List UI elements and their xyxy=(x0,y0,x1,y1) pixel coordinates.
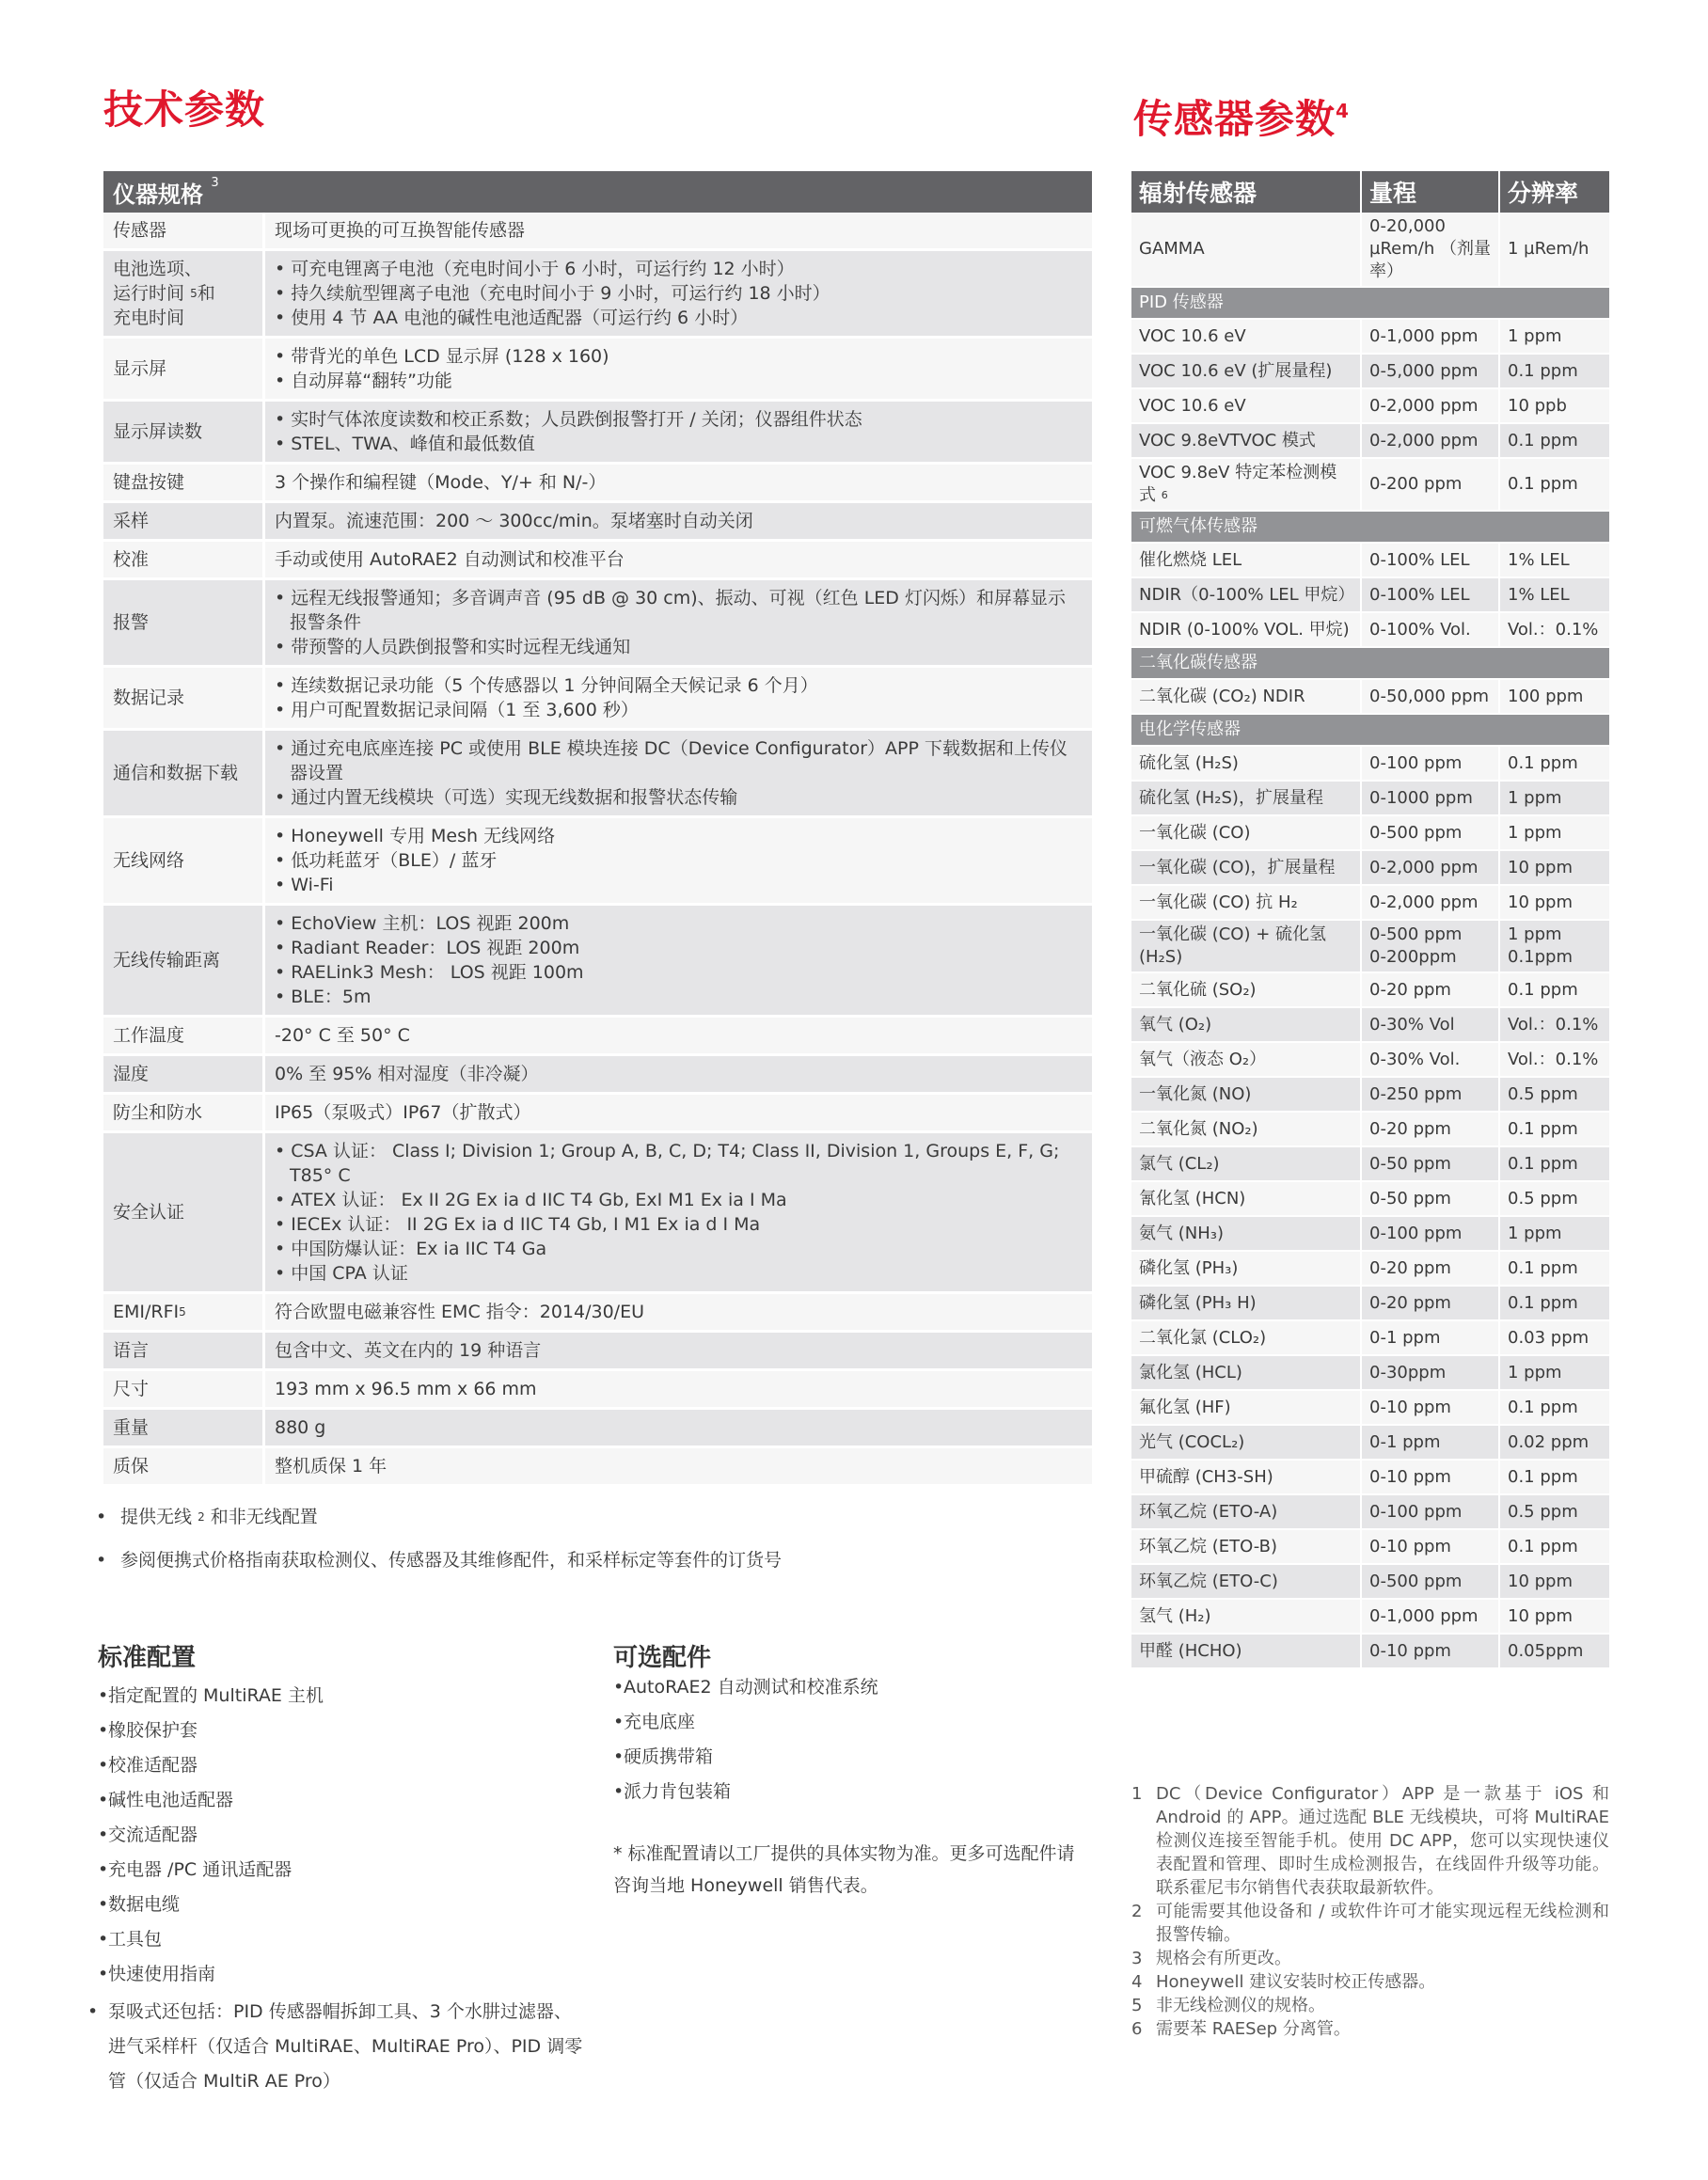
sensor-name: VOC 10.6 eV (扩展量程) xyxy=(1131,355,1362,389)
sensor-range: 0-100 ppm xyxy=(1362,1217,1500,1252)
sensor-row: NDIR（0-100% LEL 甲烷）0-100% LEL1% LEL xyxy=(1131,578,1609,613)
spec-row: 尺寸193 mm x 96.5 mm x 66 mm xyxy=(103,1371,1092,1410)
sensor-name: NDIR (0-100% VOL. 甲烷) xyxy=(1131,613,1362,648)
spec-bullet: 可充电锂离子电池（充电时间小于 6 小时，可运行约 12 小时） xyxy=(275,257,1083,281)
sensor-name: VOC 9.8eV 特定苯检测模式 6 xyxy=(1131,459,1362,512)
sensor-range: 0-500 ppm xyxy=(1362,816,1500,851)
spec-label: 电池选项、运行时间 5和充电时间 xyxy=(103,251,265,339)
sensor-resolution: 0.1 ppm xyxy=(1500,1530,1609,1565)
sensor-name: 环氧乙烷 (ETO-A) xyxy=(1131,1495,1362,1530)
spec-row: 重量880 g xyxy=(103,1410,1092,1448)
spec-row: 数据记录连续数据记录功能（5 个传感器以 1 分钟间隔全天候记录 6 个月）用户… xyxy=(103,668,1092,731)
sensor-row: 氟化氢 (HF)0-10 ppm0.1 ppm xyxy=(1131,1391,1609,1426)
sensor-name: 硫化氢 (H₂S) xyxy=(1131,747,1362,782)
sensor-row: 磷化氢 (PH₃ H)0-20 ppm0.1 ppm xyxy=(1131,1287,1609,1321)
spec-label: 防尘和防水 xyxy=(103,1095,265,1133)
spec-bullet: 自动屏幕“翻转”功能 xyxy=(275,369,1083,393)
spec-bullet: 持久续航型锂离子电池（充电时间小于 9 小时，可运行约 18 小时） xyxy=(275,281,1083,306)
sensor-range: 0-10 ppm xyxy=(1362,1391,1500,1426)
spec-label: 湿度 xyxy=(103,1056,265,1095)
standard-config-item: 指定配置的 MultiRAE 主机 xyxy=(98,1682,587,1716)
spec-label: 传感器 xyxy=(103,213,265,251)
sensor-resolution: 1% LEL xyxy=(1500,544,1609,578)
footnote-item: 6需要苯 RAESep 分离管。 xyxy=(1131,2017,1609,2041)
sensor-resolution: 0.1 ppm xyxy=(1500,1391,1609,1426)
spec-bullet: 使用 4 节 AA 电池的碱性电池适配器（可运行约 6 小时） xyxy=(275,306,1083,330)
standard-config-item: 工具包 xyxy=(98,1925,587,1960)
sensor-row: 环氧乙烷 (ETO-A)0-100 ppm0.5 ppm xyxy=(1131,1495,1609,1530)
spec-label: 键盘按键 xyxy=(103,465,265,503)
spec-bullet: EchoView 主机：LOS 视距 200m xyxy=(275,911,1083,936)
sensor-range: 0-200 ppm xyxy=(1362,459,1500,512)
sensor-name: 氧气（液态 O₂） xyxy=(1131,1043,1362,1078)
sensor-range: 0-500 ppm0-200ppm xyxy=(1362,921,1500,973)
sensor-row: 催化燃烧 LEL0-100% LEL1% LEL xyxy=(1131,544,1609,578)
sensor-resolution: 1 ppm xyxy=(1500,1217,1609,1252)
sensor-row: VOC 10.6 eV (扩展量程)0-5,000 ppm0.1 ppm xyxy=(1131,355,1609,389)
sensor-resolution: 0.1 ppm xyxy=(1500,1461,1609,1495)
note-item: 参阅便携式价格指南获取检测仪、传感器及其维修配件，和采样标定等套件的订货号 xyxy=(96,1546,782,1589)
spec-row: 键盘按键3 个操作和编程键（Mode、Y/+ 和 N/-） xyxy=(103,465,1092,503)
sensor-name: 一氧化碳 (CO)，扩展量程 xyxy=(1131,851,1362,886)
spec-bullet: 带背光的单色 LCD 显示屏 (128 x 160) xyxy=(275,344,1083,369)
footnote-item: 3规格会有所更改。 xyxy=(1131,1947,1609,1970)
sensor-name: 氢气 (H₂) xyxy=(1131,1600,1362,1635)
spec-value: 3 个操作和编程键（Mode、Y/+ 和 N/-） xyxy=(265,465,1092,503)
sensor-name: 一氧化碳 (CO) xyxy=(1131,816,1362,851)
spec-label: 工作温度 xyxy=(103,1018,265,1056)
spec-bullet: 低功耗蓝牙（BLE）/ 蓝牙 xyxy=(275,848,1083,873)
standard-config-item: 充电器 /PC 通讯适配器 xyxy=(98,1856,587,1890)
footnote-item: 4Honeywell 建议安装时校正传感器。 xyxy=(1131,1970,1609,1994)
sensor-range: 0-20 ppm xyxy=(1362,1113,1500,1147)
sensor-range: 0-20 ppm xyxy=(1362,1252,1500,1287)
sensor-range: 0-100 ppm xyxy=(1362,1495,1500,1530)
optional-accessories-title: 可选配件 xyxy=(613,1638,711,1673)
sensor-resolution: 0.1 ppm xyxy=(1500,1252,1609,1287)
sensor-range: 0-2,000 ppm xyxy=(1362,886,1500,921)
standard-config-title: 标准配置 xyxy=(98,1638,196,1673)
sensor-resolution: 10 ppm xyxy=(1500,1565,1609,1600)
spec-row: 无线网络Honeywell 专用 Mesh 无线网络低功耗蓝牙（BLE）/ 蓝牙… xyxy=(103,818,1092,906)
spec-row: 湿度0% 至 95% 相对湿度（非冷凝） xyxy=(103,1056,1092,1095)
sensor-name: 一氧化碳 (CO) + 硫化氢 (H₂S) xyxy=(1131,921,1362,973)
spec-label: 安全认证 xyxy=(103,1133,265,1294)
spec-label: 显示屏读数 xyxy=(103,402,265,465)
col-header-sensor: 辐射传感器 xyxy=(1131,171,1362,213)
sensor-row: 甲硫醇 (CH3-SH)0-10 ppm0.1 ppm xyxy=(1131,1461,1609,1495)
spec-value: Honeywell 专用 Mesh 无线网络低功耗蓝牙（BLE）/ 蓝牙Wi-F… xyxy=(265,818,1092,906)
sensor-range: 0-10 ppm xyxy=(1362,1461,1500,1495)
footnotes: 1DC（Device Configurator）APP 是一款基于 iOS 和 … xyxy=(1131,1782,1609,2041)
sensor-resolution: 0.5 ppm xyxy=(1500,1078,1609,1113)
sensor-name: 甲硫醇 (CH3-SH) xyxy=(1131,1461,1362,1495)
sensor-row: 氢气 (H₂)0-1,000 ppm10 ppm xyxy=(1131,1600,1609,1635)
sensor-category-label: 电化学传感器 xyxy=(1131,715,1609,747)
sensor-row: NDIR (0-100% VOL. 甲烷)0-100% Vol.Vol.：0.1… xyxy=(1131,613,1609,648)
spec-value: 手动或使用 AutoRAE2 自动测试和校准平台 xyxy=(265,542,1092,580)
spec-bullet: 通过充电底座连接 PC 或使用 BLE 模块连接 DC（Device Confi… xyxy=(275,736,1083,785)
spec-label: 尺寸 xyxy=(103,1371,265,1410)
spec-value: 通过充电底座连接 PC 或使用 BLE 模块连接 DC（Device Confi… xyxy=(265,731,1092,818)
sensor-range: 0-250 ppm xyxy=(1362,1078,1500,1113)
sensor-name: NDIR（0-100% LEL 甲烷） xyxy=(1131,578,1362,613)
sensor-range: 0-1,000 ppm xyxy=(1362,1600,1500,1635)
spec-row: 传感器现场可更换的可互换智能传感器 xyxy=(103,213,1092,251)
sensor-category-label: 可燃气体传感器 xyxy=(1131,512,1609,544)
sensor-row: 氨气 (NH₃)0-100 ppm1 ppm xyxy=(1131,1217,1609,1252)
sensor-resolution: 0.1 ppm xyxy=(1500,747,1609,782)
spec-bullet: 连续数据记录功能（5 个传感器以 1 分钟间隔全天候记录 6 个月） xyxy=(275,673,1083,698)
sensor-row: 氧气 (O₂)0-30% VolVol.：0.1% xyxy=(1131,1008,1609,1043)
standard-config-item: 泵吸式还包括：PID 传感器帽拆卸工具、3 个水肼过滤器、进气采样杆（仅适合 M… xyxy=(98,1995,587,2099)
spec-row: EMI/RFI5符合欧盟电磁兼容性 EMC 指令：2014/30/EU xyxy=(103,1294,1092,1333)
sensor-name: 氨气 (NH₃) xyxy=(1131,1217,1362,1252)
sensor-name: 甲醛 (HCHO) xyxy=(1131,1635,1362,1669)
spec-value: 实时气体浓度读数和校正系数；人员跌倒报警打开 / 关闭；仪器组件状态STEL、T… xyxy=(265,402,1092,465)
sensor-category-row: 二氧化碳传感器 xyxy=(1131,648,1609,680)
sensor-row: 硫化氢 (H₂S)0-100 ppm0.1 ppm xyxy=(1131,747,1609,782)
col-header-range: 量程 xyxy=(1362,171,1500,213)
sensor-resolution: 1 ppm xyxy=(1500,320,1609,355)
spec-label: 校准 xyxy=(103,542,265,580)
sensor-name: 二氧化氯 (CLO₂) xyxy=(1131,1321,1362,1356)
sensor-resolution: 1% LEL xyxy=(1500,578,1609,613)
sensor-name: 二氧化氮 (NO₂) xyxy=(1131,1113,1362,1147)
spec-bullet: 通过内置无线模块（可选）实现无线数据和报警状态传输 xyxy=(275,785,1083,810)
spec-value: 193 mm x 96.5 mm x 66 mm xyxy=(265,1371,1092,1410)
sensor-name: VOC 10.6 eV xyxy=(1131,389,1362,424)
spec-label: 通信和数据下载 xyxy=(103,731,265,818)
sensor-resolution: 1 ppm xyxy=(1500,816,1609,851)
spec-value: 整机质保 1 年 xyxy=(265,1448,1092,1487)
sensor-range: 0-50,000 ppm xyxy=(1362,680,1500,715)
sensor-resolution: 0.5 ppm xyxy=(1500,1495,1609,1530)
sensor-resolution: 100 ppm xyxy=(1500,680,1609,715)
sensor-resolution: 0.1 ppm xyxy=(1500,973,1609,1008)
sensor-row: 氧气（液态 O₂）0-30% Vol.Vol.：0.1% xyxy=(1131,1043,1609,1078)
spec-bullet: 带预警的人员跌倒报警和实时远程无线通知 xyxy=(275,635,1083,659)
sensor-category-row: PID 传感器 xyxy=(1131,288,1609,320)
sensor-range: 0-100% LEL xyxy=(1362,544,1500,578)
spec-value: 880 g xyxy=(265,1410,1092,1448)
spec-row: 报警远程无线报警通知；多音调声音 (95 dB @ 30 cm)、振动、可视（红… xyxy=(103,580,1092,668)
sensor-resolution: 0.1 ppm xyxy=(1500,1287,1609,1321)
sensor-row: 硫化氢 (H₂S)，扩展量程0-1000 ppm1 ppm xyxy=(1131,782,1609,816)
spec-bullet: 远程无线报警通知；多音调声音 (95 dB @ 30 cm)、振动、可视（红色 … xyxy=(275,586,1083,635)
sensor-name: 一氧化碳 (CO) 抗 H₂ xyxy=(1131,886,1362,921)
spec-value: 符合欧盟电磁兼容性 EMC 指令：2014/30/EU xyxy=(265,1294,1092,1333)
sensor-row: VOC 10.6 eV0-2,000 ppm10 ppb xyxy=(1131,389,1609,424)
sensor-row: 氰化氢 (HCN)0-50 ppm0.5 ppm xyxy=(1131,1182,1609,1217)
sensor-resolution: 0.1 ppm xyxy=(1500,1113,1609,1147)
spec-label: 数据记录 xyxy=(103,668,265,731)
sensor-range: 0-30% Vol xyxy=(1362,1008,1500,1043)
spec-row: 工作温度-20° C 至 50° C xyxy=(103,1018,1092,1056)
sensor-range: 0-20 ppm xyxy=(1362,973,1500,1008)
spec-value: 内置泵。流速范围：200 ～ 300cc/min。泵堵塞时自动关闭 xyxy=(265,503,1092,542)
sensor-row: 环氧乙烷 (ETO-C)0-500 ppm10 ppm xyxy=(1131,1565,1609,1600)
sensor-name: 环氧乙烷 (ETO-C) xyxy=(1131,1565,1362,1600)
standard-config-item: 校准适配器 xyxy=(98,1751,587,1786)
instrument-spec-table: 仪器规格 3 传感器现场可更换的可互换智能传感器电池选项、运行时间 5和充电时间… xyxy=(103,171,1092,1487)
spec-bullet: ATEX 认证： Ex II 2G Ex ia d IIC T4 Gb, ExI… xyxy=(275,1188,1083,1212)
sensor-range: 0-100% LEL xyxy=(1362,578,1500,613)
spec-label: 采样 xyxy=(103,503,265,542)
sensor-resolution: 10 ppm xyxy=(1500,851,1609,886)
sensor-range: 0-30ppm xyxy=(1362,1356,1500,1391)
spec-row: 校准手动或使用 AutoRAE2 自动测试和校准平台 xyxy=(103,542,1092,580)
sensor-row: VOC 9.8eVTVOC 模式0-2,000 ppm0.1 ppm xyxy=(1131,424,1609,459)
sensor-name: VOC 10.6 eV xyxy=(1131,320,1362,355)
optional-accessory-item: AutoRAE2 自动测试和校准系统 xyxy=(613,1673,1102,1708)
sensor-range: 0-50 ppm xyxy=(1362,1147,1500,1182)
spec-row: 语言包含中文、英文在内的 19 种语言 xyxy=(103,1333,1092,1371)
spec-value: 包含中文、英文在内的 19 种语言 xyxy=(265,1333,1092,1371)
sensor-name: 氯气 (CL₂) xyxy=(1131,1147,1362,1182)
spec-label: 报警 xyxy=(103,580,265,668)
spec-table-header: 仪器规格 3 xyxy=(103,171,1092,213)
sensor-name: 氯化氢 (HCL) xyxy=(1131,1356,1362,1391)
sensor-row: 环氧乙烷 (ETO-B)0-10 ppm0.1 ppm xyxy=(1131,1530,1609,1565)
page-title: 技术参数 xyxy=(103,90,265,130)
spec-value: 现场可更换的可互换智能传感器 xyxy=(265,213,1092,251)
sensor-resolution: 1 ppm0.1ppm xyxy=(1500,921,1609,973)
optional-accessory-item: 派力肯包装箱 xyxy=(613,1777,1102,1812)
sensor-category-label: 二氧化碳传感器 xyxy=(1131,648,1609,680)
spec-bullet: 实时气体浓度读数和校正系数；人员跌倒报警打开 / 关闭；仪器组件状态 xyxy=(275,407,1083,432)
standard-config-item: 橡胶保护套 xyxy=(98,1716,587,1751)
sensor-resolution: 0.1 ppm xyxy=(1500,459,1609,512)
sensor-row: GAMMA0-20,000 µRem/h （剂量率）1 µRem/h xyxy=(1131,213,1609,288)
sensor-category-row: 电化学传感器 xyxy=(1131,715,1609,747)
sensor-resolution: 0.1 ppm xyxy=(1500,1147,1609,1182)
sensor-range: 0-100% Vol. xyxy=(1362,613,1500,648)
spec-value: 0% 至 95% 相对湿度（非冷凝） xyxy=(265,1056,1092,1095)
sensor-resolution: 10 ppm xyxy=(1500,1600,1609,1635)
spec-bullet: Radiant Reader：LOS 视距 200m xyxy=(275,936,1083,960)
sensor-row: 氯气 (CL₂)0-50 ppm0.1 ppm xyxy=(1131,1147,1609,1182)
sensor-category-label: PID 传感器 xyxy=(1131,288,1609,320)
spec-bullet: 中国 CPA 认证 xyxy=(275,1261,1083,1286)
sensor-category-row: 可燃气体传感器 xyxy=(1131,512,1609,544)
sensor-row: 二氧化碳 (CO₂) NDIR0-50,000 ppm100 ppm xyxy=(1131,680,1609,715)
footnote-item: 2可能需要其他设备和 / 或软件许可才能实现远程无线检测和报警传输。 xyxy=(1131,1900,1609,1947)
spec-label: EMI/RFI5 xyxy=(103,1294,265,1333)
sensor-range: 0-20,000 µRem/h （剂量率） xyxy=(1362,213,1500,288)
spec-bullet: RAELink3 Mesh： LOS 视距 100m xyxy=(275,960,1083,985)
sensor-name: VOC 9.8eVTVOC 模式 xyxy=(1131,424,1362,459)
spec-bullet: STEL、TWA、峰值和最低数值 xyxy=(275,432,1083,456)
sensor-resolution: 10 ppm xyxy=(1500,886,1609,921)
sensor-resolution: 0.5 ppm xyxy=(1500,1182,1609,1217)
spec-value: 连续数据记录功能（5 个传感器以 1 分钟间隔全天候记录 6 个月）用户可配置数… xyxy=(265,668,1092,731)
spec-bullet: 用户可配置数据记录间隔（1 至 3,600 秒） xyxy=(275,698,1083,722)
sensor-row: 一氧化碳 (CO)，扩展量程0-2,000 ppm10 ppm xyxy=(1131,851,1609,886)
col-header-resolution: 分辨率 xyxy=(1500,171,1609,213)
standard-config-item: 交流适配器 xyxy=(98,1821,587,1856)
notes-list: 提供无线 2 和非无线配置 参阅便携式价格指南获取检测仪、传感器及其维修配件，和… xyxy=(96,1503,782,1589)
spec-row: 电池选项、运行时间 5和充电时间可充电锂离子电池（充电时间小于 6 小时，可运行… xyxy=(103,251,1092,339)
sensor-resolution: 0.1 ppm xyxy=(1500,355,1609,389)
sensor-range: 0-30% Vol. xyxy=(1362,1043,1500,1078)
sensor-name: 二氧化硫 (SO₂) xyxy=(1131,973,1362,1008)
sensor-range: 0-100 ppm xyxy=(1362,747,1500,782)
sensor-name: 催化燃烧 LEL xyxy=(1131,544,1362,578)
sensor-name: 氰化氢 (HCN) xyxy=(1131,1182,1362,1217)
sensor-row: 一氧化碳 (CO) + 硫化氢 (H₂S)0-500 ppm0-200ppm1 … xyxy=(1131,921,1609,973)
spec-row: 通信和数据下载通过充电底座连接 PC 或使用 BLE 模块连接 DC（Devic… xyxy=(103,731,1092,818)
sensor-resolution: 0.03 ppm xyxy=(1500,1321,1609,1356)
spec-value: CSA 认证： Class I; Division 1; Group A, B,… xyxy=(265,1133,1092,1294)
spec-bullet: 中国防爆认证：Ex ia IIC T4 Ga xyxy=(275,1237,1083,1261)
spec-label: 语言 xyxy=(103,1333,265,1371)
sensor-resolution: 0.05ppm xyxy=(1500,1635,1609,1669)
sensor-range: 0-5,000 ppm xyxy=(1362,355,1500,389)
sensor-range: 0-2,000 ppm xyxy=(1362,389,1500,424)
sensor-row: 一氧化碳 (CO)0-500 ppm1 ppm xyxy=(1131,816,1609,851)
spec-bullet: BLE：5m xyxy=(275,985,1083,1009)
spec-label: 重量 xyxy=(103,1410,265,1448)
spec-bullet: IECEx 认证： II 2G Ex ia d IIC T4 Gb, I M1 … xyxy=(275,1212,1083,1237)
standard-config-item: 数据电缆 xyxy=(98,1890,587,1925)
sensor-resolution: 0.1 ppm xyxy=(1500,424,1609,459)
sensor-name: 硫化氢 (H₂S)，扩展量程 xyxy=(1131,782,1362,816)
sensor-row: 光气 (COCL₂)0-1 ppm0.02 ppm xyxy=(1131,1426,1609,1461)
sensor-table: 辐射传感器 量程 分辨率 GAMMA0-20,000 µRem/h （剂量率）1… xyxy=(1131,171,1609,1669)
sensor-name: 一氧化氮 (NO) xyxy=(1131,1078,1362,1113)
standard-config-list: 指定配置的 MultiRAE 主机橡胶保护套校准适配器碱性电池适配器交流适配器充… xyxy=(98,1682,587,2099)
standard-config-item: 碱性电池适配器 xyxy=(98,1786,587,1821)
sensor-params-title: 传感器参数4 xyxy=(1133,100,1350,139)
sensor-row: 氯化氢 (HCL)0-30ppm1 ppm xyxy=(1131,1356,1609,1391)
sensor-name: 氧气 (O₂) xyxy=(1131,1008,1362,1043)
sensor-resolution: 1 µRem/h xyxy=(1500,213,1609,288)
sensor-resolution: 1 ppm xyxy=(1500,1356,1609,1391)
spec-row: 采样内置泵。流速范围：200 ～ 300cc/min。泵堵塞时自动关闭 xyxy=(103,503,1092,542)
sensor-name: 二氧化碳 (CO₂) NDIR xyxy=(1131,680,1362,715)
spec-bullet: Wi-Fi xyxy=(275,873,1083,897)
sensor-range: 0-1 ppm xyxy=(1362,1321,1500,1356)
spec-row: 防尘和防水IP65（泵吸式）IP67（扩散式） xyxy=(103,1095,1092,1133)
sensor-row: 一氧化碳 (CO) 抗 H₂0-2,000 ppm10 ppm xyxy=(1131,886,1609,921)
spec-label: 质保 xyxy=(103,1448,265,1487)
sensor-name: GAMMA xyxy=(1131,213,1362,288)
spec-table-body: 传感器现场可更换的可互换智能传感器电池选项、运行时间 5和充电时间可充电锂离子电… xyxy=(103,213,1092,1487)
spec-value: IP65（泵吸式）IP67（扩散式） xyxy=(265,1095,1092,1133)
spec-value: 远程无线报警通知；多音调声音 (95 dB @ 30 cm)、振动、可视（红色 … xyxy=(265,580,1092,668)
sensor-row: 磷化氢 (PH₃)0-20 ppm0.1 ppm xyxy=(1131,1252,1609,1287)
footnote-item: 1DC（Device Configurator）APP 是一款基于 iOS 和 … xyxy=(1131,1782,1609,1900)
sensor-resolution: Vol.：0.1% xyxy=(1500,1043,1609,1078)
sensor-name: 光气 (COCL₂) xyxy=(1131,1426,1362,1461)
optional-accessory-item: 充电底座 xyxy=(613,1708,1102,1743)
sensor-table-body: GAMMA0-20,000 µRem/h （剂量率）1 µRem/hPID 传感… xyxy=(1131,213,1609,1669)
sensor-range: 0-1000 ppm xyxy=(1362,782,1500,816)
spec-value: 带背光的单色 LCD 显示屏 (128 x 160)自动屏幕“翻转”功能 xyxy=(265,339,1092,402)
sensor-resolution: 0.02 ppm xyxy=(1500,1426,1609,1461)
optional-accessories-list: AutoRAE2 自动测试和校准系统充电底座硬质携带箱派力肯包装箱 xyxy=(613,1673,1102,1812)
sensor-name: 环氧乙烷 (ETO-B) xyxy=(1131,1530,1362,1565)
spec-bullet: Honeywell 专用 Mesh 无线网络 xyxy=(275,824,1083,848)
note-item: 提供无线 2 和非无线配置 xyxy=(96,1503,782,1546)
spec-label: 显示屏 xyxy=(103,339,265,402)
spec-value: EchoView 主机：LOS 视距 200mRadiant Reader：LO… xyxy=(265,906,1092,1018)
sensor-resolution: Vol.：0.1% xyxy=(1500,613,1609,648)
sensor-range: 0-2,000 ppm xyxy=(1362,424,1500,459)
sensor-range: 0-2,000 ppm xyxy=(1362,851,1500,886)
spec-row: 无线传输距离EchoView 主机：LOS 视距 200mRadiant Rea… xyxy=(103,906,1092,1018)
sensor-range: 0-1,000 ppm xyxy=(1362,320,1500,355)
spec-value: -20° C 至 50° C xyxy=(265,1018,1092,1056)
sensor-row: 二氧化氮 (NO₂)0-20 ppm0.1 ppm xyxy=(1131,1113,1609,1147)
sensor-range: 0-20 ppm xyxy=(1362,1287,1500,1321)
sensor-row: VOC 10.6 eV0-1,000 ppm1 ppm xyxy=(1131,320,1609,355)
optional-accessory-item: 硬质携带箱 xyxy=(613,1743,1102,1777)
sensor-name: 磷化氢 (PH₃) xyxy=(1131,1252,1362,1287)
sensor-resolution: 10 ppb xyxy=(1500,389,1609,424)
sensor-range: 0-1 ppm xyxy=(1362,1426,1500,1461)
standard-config-item: 快速使用指南 xyxy=(98,1960,587,1995)
sensor-range: 0-10 ppm xyxy=(1362,1530,1500,1565)
spec-value: 可充电锂离子电池（充电时间小于 6 小时，可运行约 12 小时）持久续航型锂离子… xyxy=(265,251,1092,339)
sensor-range: 0-500 ppm xyxy=(1362,1565,1500,1600)
sensor-range: 0-10 ppm xyxy=(1362,1635,1500,1669)
footnote-item: 5非无线检测仪的规格。 xyxy=(1131,1994,1609,2017)
sensor-row: 一氧化氮 (NO)0-250 ppm0.5 ppm xyxy=(1131,1078,1609,1113)
spec-label: 无线传输距离 xyxy=(103,906,265,1018)
spec-row: 质保整机质保 1 年 xyxy=(103,1448,1092,1487)
sensor-resolution: 1 ppm xyxy=(1500,782,1609,816)
sensor-row: 二氧化硫 (SO₂)0-20 ppm0.1 ppm xyxy=(1131,973,1609,1008)
spec-row: 显示屏带背光的单色 LCD 显示屏 (128 x 160)自动屏幕“翻转”功能 xyxy=(103,339,1092,402)
standard-config-note: * 标准配置请以工厂提供的具体实物为准。更多可选配件请咨询当地 Honeywel… xyxy=(613,1838,1083,1902)
sensor-range: 0-50 ppm xyxy=(1362,1182,1500,1217)
spec-row: 显示屏读数实时气体浓度读数和校正系数；人员跌倒报警打开 / 关闭；仪器组件状态S… xyxy=(103,402,1092,465)
sensor-resolution: Vol.：0.1% xyxy=(1500,1008,1609,1043)
spec-row: 安全认证CSA 认证： Class I; Division 1; Group A… xyxy=(103,1133,1092,1294)
sensor-name: 磷化氢 (PH₃ H) xyxy=(1131,1287,1362,1321)
spec-label: 无线网络 xyxy=(103,818,265,906)
sensor-row: VOC 9.8eV 特定苯检测模式 60-200 ppm0.1 ppm xyxy=(1131,459,1609,512)
spec-bullet: CSA 认证： Class I; Division 1; Group A, B,… xyxy=(275,1139,1083,1188)
sensor-row: 二氧化氯 (CLO₂)0-1 ppm0.03 ppm xyxy=(1131,1321,1609,1356)
sensor-row: 甲醛 (HCHO)0-10 ppm0.05ppm xyxy=(1131,1635,1609,1669)
sensor-name: 氟化氢 (HF) xyxy=(1131,1391,1362,1426)
